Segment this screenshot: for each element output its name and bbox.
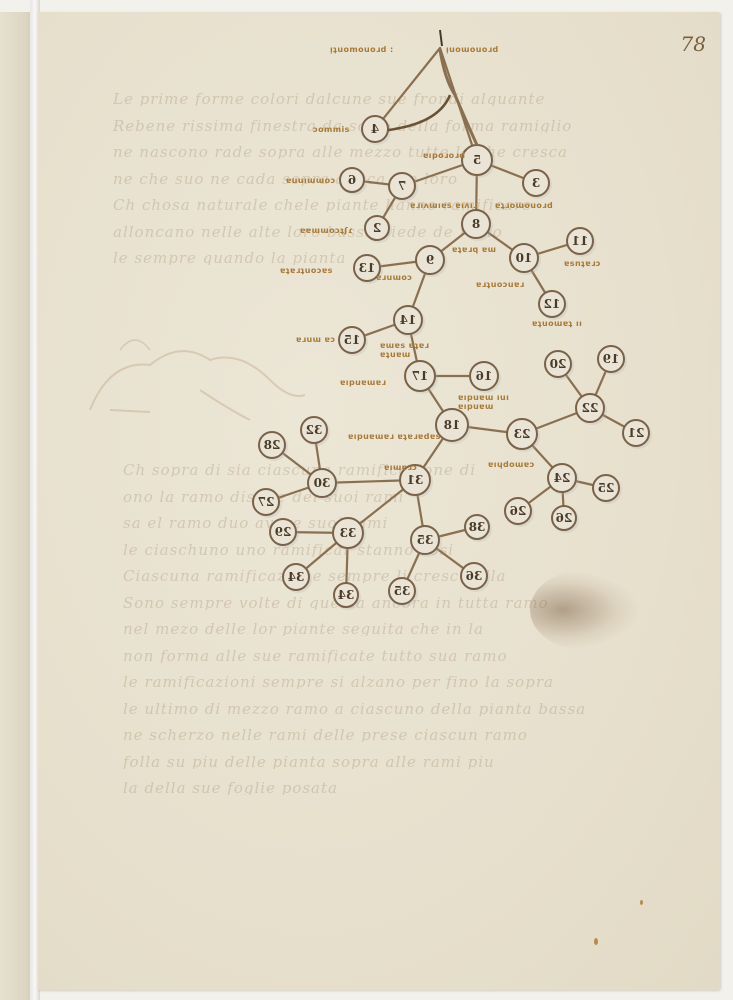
node-number: 11 (572, 234, 589, 248)
node-number: 19 (603, 352, 620, 366)
node-annotation: ɐɯɐs ɐʇɐɹ (380, 341, 429, 350)
node-annotation: ɐıpoɹoɹd (423, 151, 465, 160)
node-annotation: ɐɹuɯoɔ (376, 273, 412, 282)
node-number: 15 (344, 333, 361, 347)
node-annotation: ɐıpuɐɯɐɹ (340, 378, 386, 387)
node-number: 33 (340, 526, 357, 540)
tree-node: 16 (470, 362, 501, 393)
node-number: 27 (258, 495, 275, 509)
tree-node: 4 (362, 116, 391, 145)
top-label-right: ᴉuoɯouoɹd (446, 45, 499, 54)
node-annotation: ɐsnʇɐɹɔ (564, 259, 601, 268)
tree-node: 7 (389, 173, 418, 202)
node-annotation: ɐıpuɐɯ ıuı (458, 393, 509, 402)
node-annotation: ɐıpuɐɯɐɹ ɐʇɐɹɐdɐs (348, 432, 441, 441)
tree-node: 36 (461, 563, 490, 592)
node-annotation: ɐıɯɐɹɔ (384, 463, 417, 472)
tree-node: 26 (552, 506, 579, 533)
node-number: 28 (264, 438, 281, 452)
tree-node: 19 (598, 346, 627, 375)
node-annotation: ɐıpuɐɯ (458, 402, 494, 411)
node-number: 35 (394, 584, 411, 598)
node-annotation: ɐʇuɐɯ (380, 350, 411, 359)
tree-node: 32 (301, 417, 330, 446)
tree-node: 11 (567, 228, 596, 257)
node-number: 2 (373, 221, 381, 235)
node-number: 31 (407, 473, 424, 487)
tree-node: 22 (576, 394, 607, 425)
tree-node: 24 (548, 464, 579, 495)
node-number: 32 (306, 423, 323, 437)
tree-node: 25 (593, 475, 622, 504)
top-stem-mark (440, 30, 442, 46)
tree-node: 2 (365, 216, 392, 243)
tree-node: 17 (405, 361, 438, 394)
tree-node: 5 (462, 145, 495, 178)
node-number: 18 (444, 418, 461, 432)
tree-node: 27 (253, 489, 282, 518)
node-number: 14 (400, 313, 417, 327)
node-number: 22 (582, 401, 599, 415)
tree-node: 21 (623, 420, 652, 449)
node-number: 24 (554, 471, 571, 485)
node-number: 8 (472, 217, 480, 231)
node-number: 38 (469, 520, 486, 534)
tree-node: 18 (436, 409, 471, 444)
node-annotation: ɐɐɯɯoɔʇʃɾ (300, 226, 353, 235)
node-annotation: ɐıɥdoɯɐɔ (488, 460, 535, 469)
node-number: 3 (532, 176, 540, 190)
tree-node: 30 (308, 469, 339, 500)
tree-node: 35 (411, 526, 442, 557)
node-number: 4 (371, 122, 379, 136)
node-annotation: ɐɹuɯ ɐɔ (296, 335, 335, 344)
tree-node: 8 (462, 210, 493, 241)
node-annotation: ɐɹıʌɯıɐs ɐıʌıɹ (410, 201, 478, 210)
branching-tree-diagram: 4567382913111012141517162019222118233228… (0, 0, 733, 1000)
node-number: 13 (359, 261, 376, 275)
node-number: 10 (516, 251, 533, 265)
node-number: 7 (398, 179, 406, 193)
node-annotation: ɐuuıɯɯoɔ (286, 176, 336, 185)
tree-node: 15 (339, 327, 368, 356)
node-number: 5 (473, 153, 481, 167)
node-number: 17 (412, 369, 429, 383)
node-annotation: ɐʇɹoɯouoɹd (495, 201, 553, 210)
node-number: 36 (466, 569, 483, 583)
node-number: 16 (476, 369, 493, 383)
node-number: 34 (338, 588, 355, 602)
tree-node: 20 (545, 351, 574, 380)
tree-node: 14 (394, 306, 425, 337)
node-annotation: ɐʇuoɯɐʇ ıı (532, 319, 582, 328)
tree-node: 35 (389, 578, 418, 607)
node-number: 26 (556, 511, 573, 525)
node-number: 6 (348, 173, 356, 187)
node-number: 29 (275, 525, 292, 539)
tree-node: 29 (270, 519, 299, 548)
tree-node: 10 (510, 244, 541, 275)
tree-node: 28 (259, 432, 288, 461)
node-number: 34 (288, 570, 305, 584)
node-number: 21 (628, 426, 645, 440)
tree-node: 6 (340, 168, 367, 195)
node-number: 30 (314, 476, 331, 490)
node-number: 35 (417, 533, 434, 547)
node-annotation: ɐʇɐɹq ɐɯ (452, 245, 496, 254)
tree-node: 23 (507, 419, 540, 452)
top-label-left: ᴉʇuomouoɹd : (330, 45, 394, 54)
node-number: 9 (426, 253, 434, 267)
tree-node: 12 (539, 291, 568, 320)
node-annotation: ɐɹʇuoɔuɐɹ (476, 280, 524, 289)
node-number: 20 (550, 357, 567, 371)
node-number: 26 (510, 504, 527, 518)
tree-node: 34 (334, 583, 361, 610)
node-number: 25 (598, 481, 615, 495)
node-annotation: ɐʇɐɹʇuoɔɐs (280, 266, 333, 275)
tree-node: 38 (465, 515, 492, 542)
node-number: 23 (514, 427, 531, 441)
node-annotation: ɔommis (313, 125, 350, 134)
tree-node: 3 (523, 170, 552, 199)
node-number: 12 (544, 297, 561, 311)
